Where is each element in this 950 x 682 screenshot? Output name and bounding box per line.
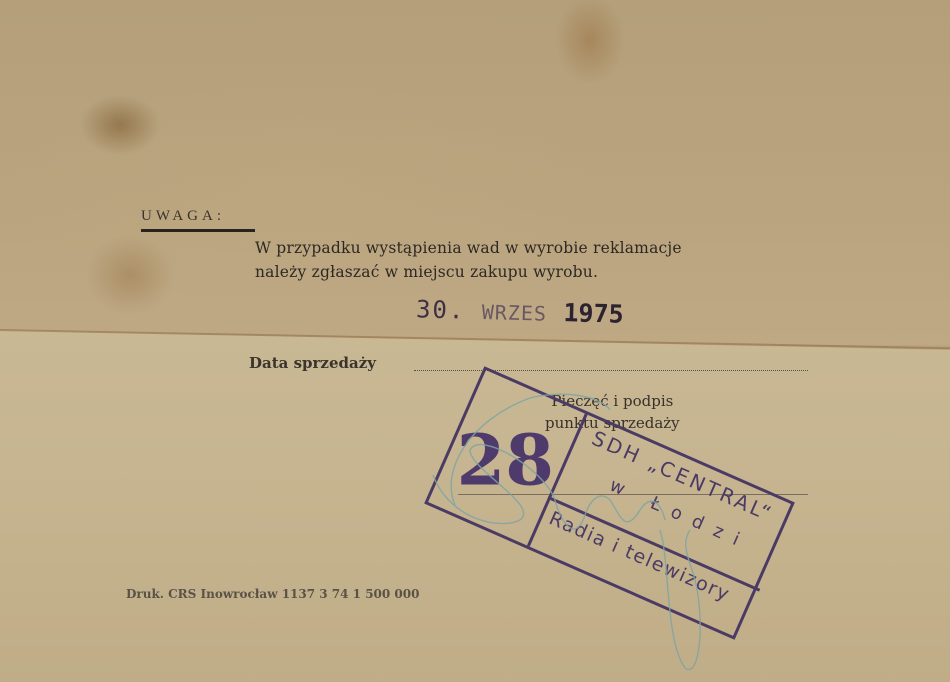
notice-heading-underline xyxy=(141,229,255,232)
date-stamp-day: 30. xyxy=(416,295,466,324)
date-stamp: 30. WRZES 1975 xyxy=(416,294,624,328)
stamp-shop-number: 28 xyxy=(455,392,555,530)
notice-text: W przypadku wystąpienia wad w wyrobie re… xyxy=(255,236,682,284)
date-stamp-month: WRZES xyxy=(481,300,547,326)
date-stamp-year: 1975 xyxy=(563,298,624,329)
paper-upper-panel xyxy=(0,0,950,345)
sale-date-label: Data sprzedaży xyxy=(249,354,376,372)
printer-imprint: Druk. CRS Inowrocław 1137 3 74 1 500 000 xyxy=(126,587,419,601)
notice-line-2: należy zgłaszać w miejscu zakupu wyrobu. xyxy=(255,260,682,284)
notice-line-1: W przypadku wystąpienia wad w wyrobie re… xyxy=(255,236,682,260)
document-page: UWAGA: W przypadku wystąpienia wad w wyr… xyxy=(0,0,950,682)
notice-heading: UWAGA: xyxy=(141,208,225,225)
sale-date-field-line xyxy=(414,370,808,371)
